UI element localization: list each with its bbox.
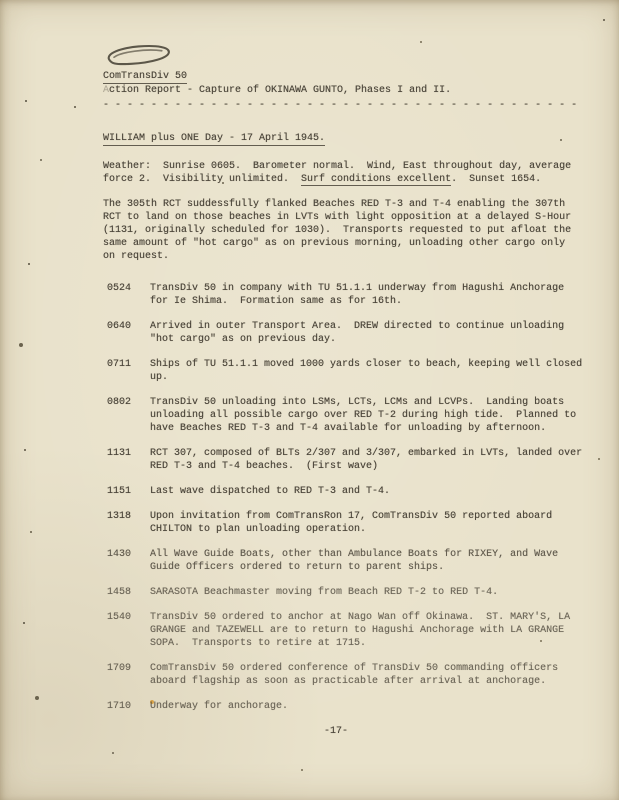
log-entry-text: RCT 307, composed of BLTs 2/307 and 3/30… xyxy=(150,447,583,473)
log-entry-time: 0640 xyxy=(107,320,131,346)
log-entry-text: Underway for anchorage. xyxy=(150,700,583,713)
weather-underlined-phrase: Surf conditions excellent xyxy=(301,174,451,186)
log-entry-text: Upon invitation from ComTransRon 17, Com… xyxy=(150,510,583,536)
log-entry-text: SARASOTA Beachmaster moving from Beach R… xyxy=(150,586,583,599)
log-entry-text: TransDiv 50 in company with TU 51.1.1 un… xyxy=(150,282,583,308)
section-title: WILLIAM plus ONE Day - 17 April 1945. xyxy=(103,132,325,146)
report-title-text: ction Report - Capture of OKINAWA GUNTO,… xyxy=(109,85,451,96)
log-entry-text: Arrived in outer Transport Area. DREW di… xyxy=(150,320,583,346)
log-entry-time: 0524 xyxy=(107,282,131,308)
report-title-line: Action Report - Capture of OKINAWA GUNTO… xyxy=(103,84,583,97)
log-entry: 1318 Upon invitation from ComTransRon 17… xyxy=(107,510,583,536)
log-entry: 1458 SARASOTA Beachmaster moving from Be… xyxy=(107,586,583,599)
log-entry-time: 1710 xyxy=(107,700,131,713)
log-entry-text: Ships of TU 51.1.1 moved 1000 yards clos… xyxy=(150,358,583,384)
log-entry: 1709 ComTransDiv 50 ordered conference o… xyxy=(107,662,583,688)
log-entry-time: 1151 xyxy=(107,485,131,498)
log-entry-text: TransDiv 50 ordered to anchor at Nago Wa… xyxy=(150,611,583,650)
weather-text-after: . Sunset 1654. xyxy=(451,174,541,185)
log-entry-time: 0802 xyxy=(107,396,131,435)
log-entry: 0640 Arrived in outer Transport Area. DR… xyxy=(107,320,583,346)
weather-paragraph: Weather: Sunrise 0605. Barometer normal.… xyxy=(103,160,579,186)
log-entry-time: 1131 xyxy=(107,447,131,473)
log-entry-text: All Wave Guide Boats, other than Ambulan… xyxy=(150,548,583,574)
document-page: ComTransDiv 50 Action Report - Capture o… xyxy=(0,0,619,800)
log-entry-time: 1430 xyxy=(107,548,131,574)
log-entry-text: Last wave dispatched to RED T-3 and T-4. xyxy=(150,485,583,498)
log-entry: 1710 Underway for anchorage. xyxy=(107,700,583,713)
log-entry-time: 1540 xyxy=(107,611,131,650)
log-entry-time: 1709 xyxy=(107,662,131,688)
summary-paragraph: The 305th RCT suddessfully flanked Beach… xyxy=(103,198,579,263)
log-entry: 0524 TransDiv 50 in company with TU 51.1… xyxy=(107,282,583,308)
log-entry: 1540 TransDiv 50 ordered to anchor at Na… xyxy=(107,611,583,650)
report-title-faded-letter: A xyxy=(103,85,109,96)
report-header: ComTransDiv 50 Action Report - Capture o… xyxy=(103,70,583,112)
log-entry-text: ComTransDiv 50 ordered conference of Tra… xyxy=(150,662,583,688)
log-entry-time: 0711 xyxy=(107,358,131,384)
chronological-log: 0524 TransDiv 50 in company with TU 51.1… xyxy=(107,282,583,713)
log-entry: 0802 TransDiv 50 unloading into LSMs, LC… xyxy=(107,396,583,435)
log-entry: 0711 Ships of TU 51.1.1 moved 1000 yards… xyxy=(107,358,583,384)
log-entry-time: 1458 xyxy=(107,586,131,599)
log-entry-time: 1318 xyxy=(107,510,131,536)
typewritten-content: ComTransDiv 50 Action Report - Capture o… xyxy=(0,0,619,738)
log-entry: 1151 Last wave dispatched to RED T-3 and… xyxy=(107,485,583,498)
log-entry: 1131 RCT 307, composed of BLTs 2/307 and… xyxy=(107,447,583,473)
page-number: -17- xyxy=(103,725,569,738)
dashed-separator: - - - - - - - - - - - - - - - - - - - - … xyxy=(103,99,583,112)
unit-designation: ComTransDiv 50 xyxy=(103,70,187,84)
log-entry-text: TransDiv 50 unloading into LSMs, LCTs, L… xyxy=(150,396,583,435)
log-entry: 1430 All Wave Guide Boats, other than Am… xyxy=(107,548,583,574)
